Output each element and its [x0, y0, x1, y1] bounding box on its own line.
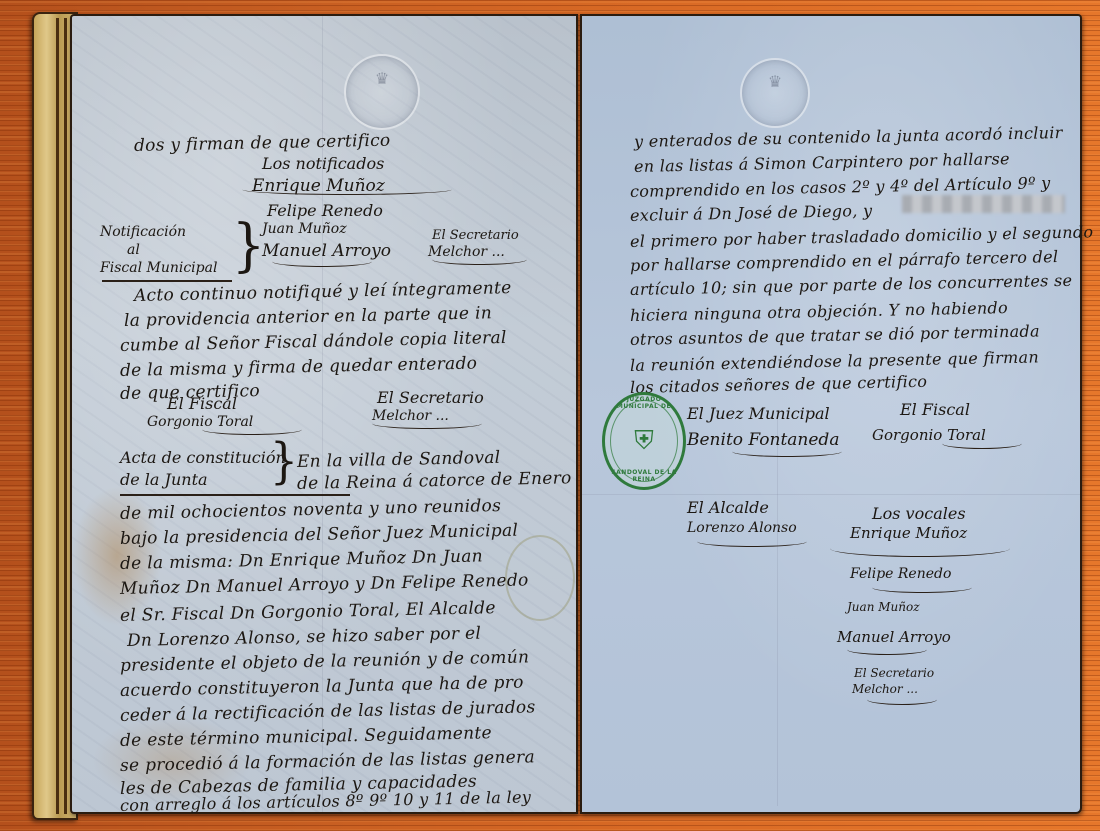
signature-flourish [867, 694, 937, 705]
body-line: los citados señores de que certifico [630, 372, 928, 397]
margin-note-fiscal-municipal: Fiscal Municipal [100, 260, 217, 276]
acta-line: presidente el objeto de la reunión y de … [120, 647, 530, 676]
acta-line: En la villa de Sandoval [297, 448, 501, 472]
notification-line: cumbe al Señor Fiscal dándole copia lite… [120, 328, 507, 356]
binding-strip [64, 18, 67, 814]
vocales-title: Los vocales [872, 504, 966, 523]
acta-line: de la misma: Dn Enrique Muñoz Dn Juan [120, 546, 483, 574]
acta-line: de mil ochocientos noventa y uno reunido… [120, 496, 502, 524]
body-line: por hallarse comprendido en el párrafo t… [630, 247, 1059, 275]
page-fold [582, 494, 1080, 495]
stamp-text-bottom: SANDOVAL DE LA REINA [605, 469, 683, 483]
margin-underline [102, 280, 232, 282]
body-line: artículo 10; sin que por parte de los co… [630, 271, 1073, 299]
signature-flourish [732, 446, 842, 457]
notified-heading: Los notificados [262, 154, 384, 173]
signature-flourish [372, 418, 482, 429]
secretario-title: El Secretario [854, 666, 934, 680]
crown-icon: ♛ [768, 72, 782, 91]
alcalde-title: El Alcalde [687, 498, 769, 517]
signature-flourish [942, 438, 1022, 449]
margin-underline [120, 494, 350, 496]
opening-line: dos y firman de que certifico [134, 131, 391, 156]
body-line: el primero por haber trasladado domicili… [630, 222, 1094, 251]
stamp-text-top: JUZGADO MUNICIPAL DE [605, 396, 683, 410]
margin-brace: } [270, 433, 298, 489]
juez-title: El Juez Municipal [687, 404, 830, 423]
body-line: hiciera ninguna otra objeción. Y no habi… [630, 298, 1008, 325]
body-line: en las listas á Simon Carpintero por hal… [634, 149, 1010, 176]
signature-juan-munoz: Juan Muñoz [262, 221, 347, 237]
notification-line: la providencia anterior en la parte que … [124, 303, 492, 331]
signature-flourish [272, 256, 372, 267]
signature-felipe-renedo: Felipe Renedo [267, 201, 383, 220]
margin-note-acta: Acta de constitución [120, 448, 286, 467]
crown-icon: ♛ [375, 69, 389, 88]
margin-note-junta: de la Junta [120, 470, 208, 489]
notification-line: de la misma y firma de quedar enterado [120, 354, 478, 381]
municipal-stamp: JUZGADO MUNICIPAL DE ⛨ SANDOVAL DE LA RE… [602, 392, 686, 490]
acta-line: el Sr. Fiscal Dn Gorgonio Toral, El Alca… [120, 598, 496, 626]
margin-note-al: al [127, 242, 140, 258]
vocal-signature-juan-munoz: Juan Muñoz [847, 600, 920, 614]
fiscal-title: El Fiscal [900, 400, 970, 419]
signature-flourish [242, 184, 452, 195]
vocal-signature-felipe-renedo: Felipe Renedo [850, 566, 951, 582]
page-fold [777, 416, 778, 806]
body-line: otros asuntos de que tratar se dió por t… [630, 321, 1040, 349]
acta-line: ceder á la rectificación de las listas d… [120, 697, 536, 726]
signature-flourish [697, 536, 807, 547]
signature-flourish [847, 644, 927, 655]
binding-strip [56, 18, 59, 814]
margin-brace: } [232, 213, 265, 279]
left-page: ♛ dos y firman de que certifico Los noti… [70, 14, 578, 814]
acta-line: Muñoz Dn Manuel Arroyo y Dn Felipe Rened… [120, 570, 529, 599]
notification-line: Acto continuo notifiqué y leí íntegramen… [134, 278, 512, 306]
acta-line: Dn Lorenzo Alonso, se hizo saber por el [127, 624, 482, 651]
signature-flourish [432, 254, 527, 265]
embossed-seal: ♛ [344, 54, 420, 130]
body-line: excluir á Dn José de Diego, y [630, 201, 873, 225]
redacted-region [902, 195, 1065, 213]
margin-note-notificacion: Notificación [100, 224, 186, 240]
fiscal-title: El Fiscal [167, 394, 237, 413]
body-line: la reunión extendiéndose la presente que… [630, 347, 1039, 375]
body-line: y enterados de su contenido la junta aco… [634, 123, 1063, 151]
embossed-seal: ♛ [740, 58, 810, 128]
acta-line: acuerdo constituyeron la Junta que ha de… [120, 673, 524, 701]
acta-line: de la Reina á catorce de Enero [297, 468, 572, 494]
secretary-title: El Secretario [432, 228, 519, 243]
faint-stamp [505, 535, 575, 621]
alcalde-signature: Lorenzo Alonso [687, 520, 797, 536]
signature-flourish [830, 540, 1010, 557]
signature-flourish [872, 582, 972, 593]
secretary-title: El Secretario [377, 388, 484, 407]
acta-line: bajo la presidencia del Señor Juez Munic… [120, 521, 519, 549]
